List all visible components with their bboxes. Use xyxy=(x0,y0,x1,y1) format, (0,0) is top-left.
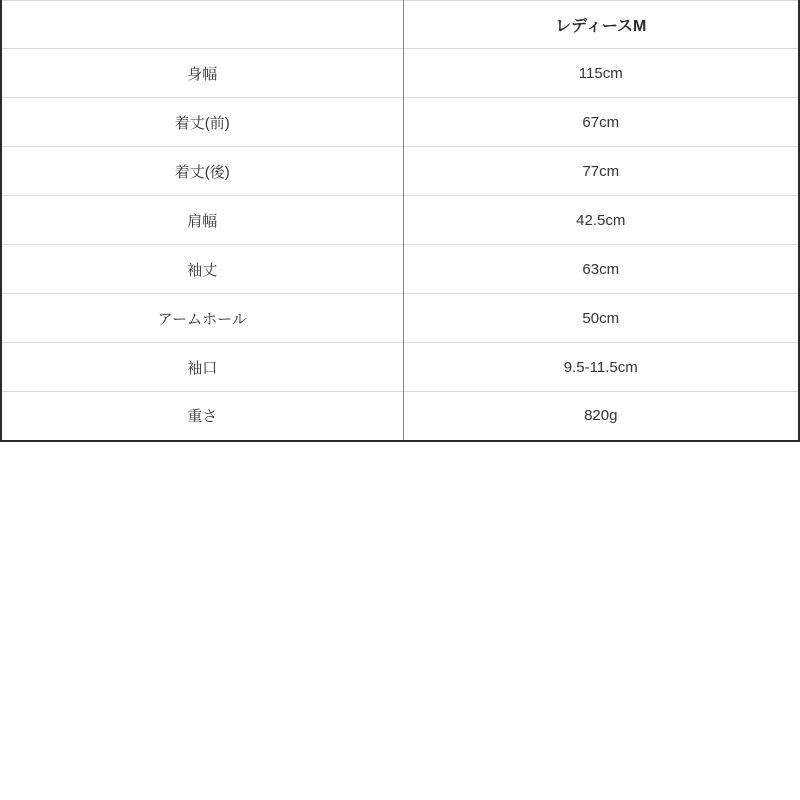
header-cell-empty xyxy=(1,1,403,49)
size-table-body: 身幅 115cm 着丈(前) 67cm 着丈(後) 77cm 肩幅 42.5cm… xyxy=(1,49,799,441)
size-label-cell: 袖口 xyxy=(1,343,403,392)
size-label-cell: 袖丈 xyxy=(1,245,403,294)
table-row: 重さ 820g xyxy=(1,392,799,441)
table-row: 身幅 115cm xyxy=(1,49,799,98)
table-row: アームホール 50cm xyxy=(1,294,799,343)
table-row: 着丈(前) 67cm xyxy=(1,98,799,147)
size-label-cell: 身幅 xyxy=(1,49,403,98)
size-value-cell: 820g xyxy=(403,392,799,441)
size-spec-table: レディースM 身幅 115cm 着丈(前) 67cm 着丈(後) 77cm 肩幅… xyxy=(0,0,800,442)
header-row: レディースM xyxy=(1,1,799,49)
size-label-cell: 着丈(後) xyxy=(1,147,403,196)
size-value-cell: 42.5cm xyxy=(403,196,799,245)
size-value-cell: 50cm xyxy=(403,294,799,343)
size-value-cell: 63cm xyxy=(403,245,799,294)
table-row: 肩幅 42.5cm xyxy=(1,196,799,245)
table-row: 袖丈 63cm xyxy=(1,245,799,294)
size-label-cell: 着丈(前) xyxy=(1,98,403,147)
size-table-header: レディースM xyxy=(1,1,799,49)
table-row: 着丈(後) 77cm xyxy=(1,147,799,196)
table-row: 袖口 9.5-11.5cm xyxy=(1,343,799,392)
size-label-cell: 肩幅 xyxy=(1,196,403,245)
size-value-cell: 77cm xyxy=(403,147,799,196)
size-label-cell: 重さ xyxy=(1,392,403,441)
size-label-cell: アームホール xyxy=(1,294,403,343)
header-cell-size: レディースM xyxy=(403,1,799,49)
size-value-cell: 115cm xyxy=(403,49,799,98)
size-value-cell: 67cm xyxy=(403,98,799,147)
size-value-cell: 9.5-11.5cm xyxy=(403,343,799,392)
